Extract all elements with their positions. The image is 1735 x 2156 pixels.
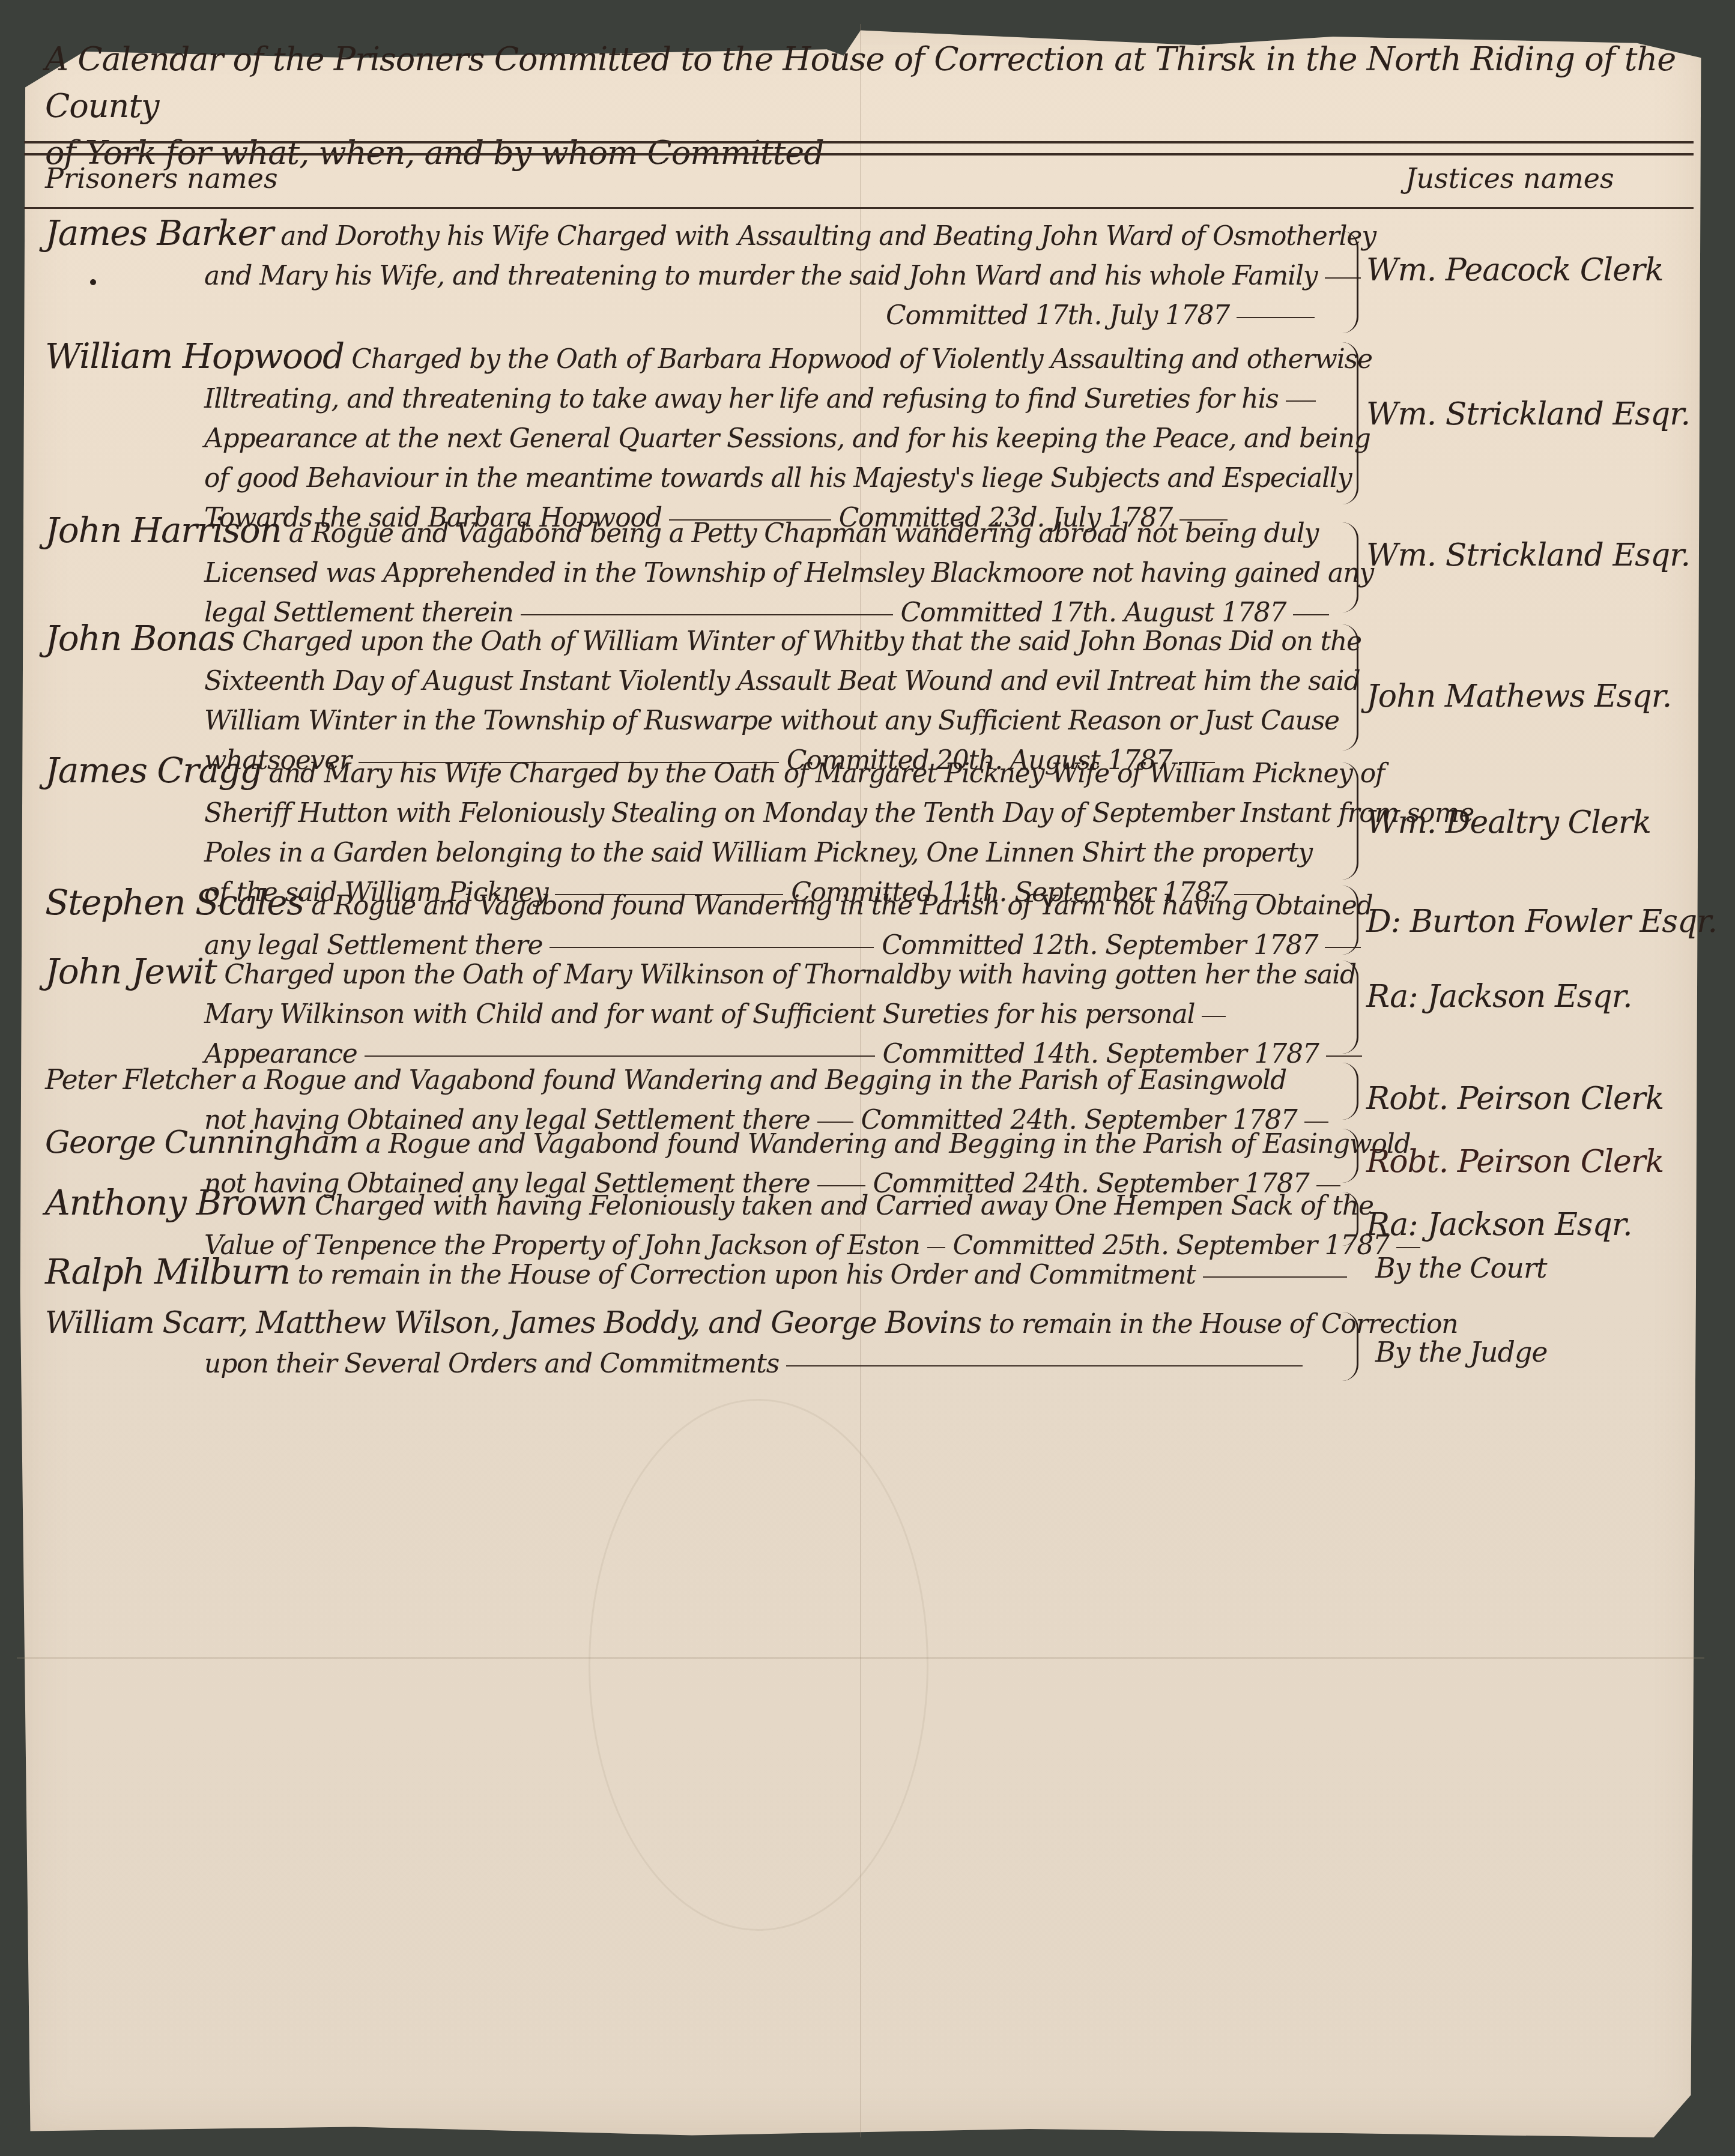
prisoner-name: Ralph Milburn (45, 1251, 290, 1292)
prisoner-name: John Bonas (45, 618, 235, 659)
justice-name: Ra: Jackson Esqr. (1366, 979, 1632, 1015)
prisoner-name: James Barker (45, 213, 273, 253)
justice-name: Robt. Peirson Clerk (1366, 1144, 1664, 1180)
prisoner-name: John Harrison (45, 510, 281, 551)
charge-text: Appearance at the next General Quarter S… (204, 423, 1370, 454)
brace-mark (1342, 1312, 1358, 1381)
prisoner-entry: Ralph Milburn to remain in the House of … (45, 1252, 1366, 1295)
charge-text: to remain in the House of Correction (989, 1309, 1458, 1339)
charge-text: William Winter in the Township of Ruswar… (204, 705, 1339, 736)
charge-text: Mary Wilkinson with Child and for want o… (204, 999, 1195, 1030)
prisoner-entry: John Harrison a Rogue and Vagabond being… (45, 510, 1366, 633)
justice-name: By the Judge (1375, 1336, 1548, 1368)
brace-mark (1342, 961, 1358, 1054)
justice-name: John Mathews Esqr. (1366, 678, 1671, 714)
justice-name: Robt. Peirson Clerk (1366, 1081, 1664, 1117)
charge-text: of good Behaviour in the meantime toward… (204, 463, 1351, 494)
justice-name: Ra: Jackson Esqr. (1366, 1207, 1632, 1243)
brace-mark (1342, 1063, 1358, 1120)
charge-text: Charged with having Feloniously taken an… (315, 1191, 1373, 1221)
paper-watermark (589, 1399, 928, 1931)
column-header-justices: Justices names (1405, 162, 1614, 195)
prisoner-entry: William Hopwood Charged by the Oath of B… (45, 336, 1366, 538)
brace-mark (1342, 1129, 1358, 1183)
charge-text: Sixteenth Day of August Instant Violentl… (204, 666, 1360, 696)
justice-name: Wm. Strickland Esqr. (1366, 396, 1690, 432)
charge-text: to remain in the House of Correction upo… (297, 1260, 1195, 1290)
brace-mark (1342, 886, 1358, 955)
charge-text: and Mary his Wife Charged by the Oath of… (269, 758, 1385, 789)
brace-mark (1342, 231, 1358, 333)
charge-text: a Rogue and Vagabond found Wandering and… (366, 1129, 1411, 1159)
brace-mark (1342, 762, 1358, 880)
prisoner-name: Anthony Brown (45, 1182, 307, 1223)
charge-text: Charged upon the Oath of William Winter … (242, 626, 1361, 657)
charge-text: Charged upon the Oath of Mary Wilkinson … (224, 959, 1356, 990)
title-rule-upper (24, 141, 1694, 143)
header-rule (24, 207, 1694, 209)
justice-name: D: Burton Fowler Esqr. (1366, 904, 1717, 940)
brace-mark (1342, 522, 1358, 612)
justice-name: Wm. Strickland Esqr. (1366, 537, 1690, 573)
charge-text: a Rogue and Vagabond being a Petty Chapm… (289, 518, 1318, 549)
prisoner-entry: James Barker and Dorothy his Wife Charge… (45, 213, 1366, 336)
column-header-prisoners: Prisoners names (45, 162, 278, 195)
charge-text: Illtreating, and threatening to take awa… (204, 384, 1279, 414)
charge-text: upon their Several Orders and Commitment… (204, 1348, 779, 1379)
justice-name: Wm. Dealtry Clerk (1366, 805, 1651, 841)
justice-name: Wm. Peacock Clerk (1366, 252, 1663, 288)
charge-text: Licensed was Apprehended in the Township… (204, 558, 1373, 588)
justice-name: By the Court (1375, 1252, 1546, 1284)
prisoner-name: Stephen Scales (45, 882, 303, 923)
prisoner-entry: John Jewit Charged upon the Oath of Mary… (45, 952, 1366, 1074)
brace-mark (1342, 624, 1358, 750)
brace-mark (1342, 1192, 1358, 1246)
prisoner-name: William Hopwood (45, 336, 344, 376)
title-line-1: A Calendar of the Prisoners Committed to… (45, 36, 1679, 130)
prisoner-name: Peter Fletcher (45, 1063, 234, 1096)
brace-mark (1342, 342, 1358, 504)
charge-text: and Dorothy his Wife Charged with Assaul… (280, 221, 1376, 252)
charge-text: and Mary his Wife, and threatening to mu… (204, 261, 1318, 291)
committed-date: Committed 17th. July 1787 (886, 300, 1229, 331)
prisoner-name: John Jewit (45, 951, 216, 992)
charge-text: Poles in a Garden belonging to the said … (204, 838, 1312, 868)
charge-text: Charged by the Oath of Barbara Hopwood o… (351, 344, 1372, 375)
prisoner-name: George Cunningham (45, 1125, 358, 1161)
charge-text: a Rogue and Vagabond found Wandering and… (241, 1065, 1286, 1096)
prisoner-name: William Scarr, Matthew Wilson, James Bod… (45, 1305, 981, 1340)
charge-text: a Rogue and Vagabond found Wandering in … (311, 890, 1372, 921)
charge-text: Sheriff Hutton with Feloniously Stealing… (204, 798, 1474, 829)
prisoner-entry: William Scarr, Matthew Wilson, James Bod… (45, 1303, 1366, 1384)
prisoner-name: James Cragg (45, 750, 261, 791)
title-rule-lower (24, 153, 1694, 156)
